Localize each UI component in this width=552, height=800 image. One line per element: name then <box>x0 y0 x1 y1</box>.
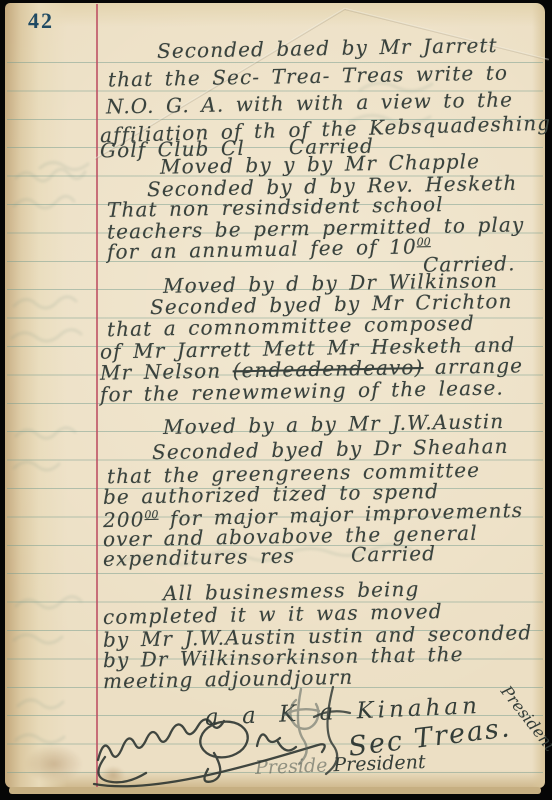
paper-stain <box>14 738 94 790</box>
scanned-minutes-page: 42 Seconded baed by Mr Jarrett that the … <box>0 0 552 800</box>
signature-flourish <box>0 0 552 800</box>
paper-stain-small <box>96 762 130 788</box>
ink-pen-test-stroke <box>314 687 350 774</box>
